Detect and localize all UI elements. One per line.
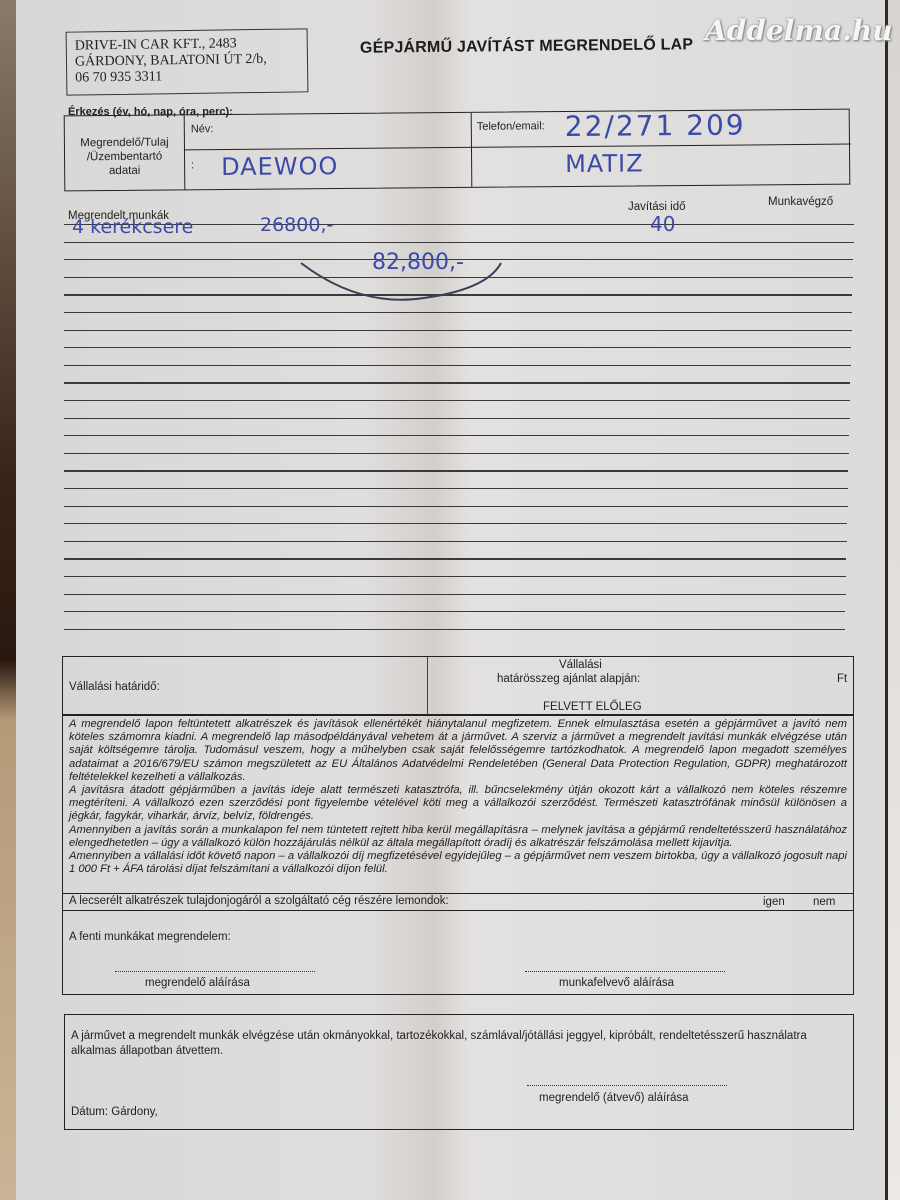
form-title: GÉPJÁRMŰ JAVÍTÁST MEGRENDELŐ LAP <box>360 36 693 57</box>
work-line-amount[interactable]: 26800,- <box>260 214 333 236</box>
ruled-line <box>64 382 850 383</box>
ruled-line <box>64 347 851 348</box>
terms-paragraph: Amennyiben a javítás során a munkalapon … <box>69 824 847 850</box>
terms-paragraph: A javításra átadott gépjárműben a javítá… <box>69 784 847 824</box>
ruled-line <box>64 312 852 313</box>
customer-info-table: Megrendelő/Tulaj /Üzembentartó adatai Né… <box>64 109 851 192</box>
ruled-line <box>64 418 850 419</box>
customer-signature-line[interactable] <box>115 971 315 972</box>
ruled-line <box>64 594 846 595</box>
order-label: A fenti munkákat megrendelem: <box>69 931 231 943</box>
ruled-line <box>64 365 851 366</box>
ruled-line <box>64 488 848 489</box>
ruled-line <box>64 523 847 524</box>
receipt-text: A járművet a megrendelt munkák elvégzése… <box>71 1029 847 1059</box>
phone-value[interactable]: 22/271 209 <box>565 108 746 143</box>
date-label: Dátum: Gárdony, <box>71 1105 158 1120</box>
ownership-no-option[interactable]: nem <box>813 896 835 908</box>
row-divider <box>185 144 851 151</box>
customer-signature-label: megrendelő aláírása <box>145 977 250 989</box>
company-address: GÁRDONY, BALATONI ÚT 2/b, <box>75 51 299 70</box>
order-confirmation-section: A fenti munkákat megrendelem: megrendelő… <box>62 911 854 995</box>
receipt-signature-label: megrendelő (átvevő) aláírása <box>539 1091 689 1106</box>
ruled-line <box>64 330 852 331</box>
ruled-line <box>64 453 849 454</box>
receiver-signature-label: munkafelvevő aláírása <box>559 977 674 989</box>
amount-label-2: határösszeg ajánlat alapján: <box>497 673 640 685</box>
amount-label-1: Vállalási <box>559 659 602 671</box>
company-info-box: DRIVE-IN CAR KFT., 2483 GÁRDONY, BALATON… <box>66 28 309 95</box>
terms-paragraph: Amennyiben a vállalási időt követő napon… <box>69 850 847 876</box>
company-phone: 06 70 935 3311 <box>75 67 299 86</box>
ruled-line <box>64 576 846 577</box>
ruled-line <box>64 506 848 507</box>
watermark-logo: Addelma.hu <box>705 14 893 47</box>
worker-label: Munkavégző <box>768 196 833 208</box>
work-line-description[interactable]: 4 kerékcsere <box>72 216 193 238</box>
make-prefix: : <box>191 159 194 171</box>
currency-label: Ft <box>837 673 847 685</box>
terms-and-conditions: A megrendelő lapon feltüntetett alkatrés… <box>62 714 854 894</box>
deadline-section: Vállalási határidő: Vállalási határössze… <box>62 656 854 716</box>
deposit-label: FELVETT ELŐLEG <box>543 701 642 713</box>
ruled-line <box>64 611 845 612</box>
column-divider <box>471 113 473 187</box>
phone-label: Telefon/email: <box>477 120 545 133</box>
ruled-line <box>64 558 846 559</box>
ruled-line <box>64 541 847 542</box>
vehicle-model-value[interactable]: MATIZ <box>565 149 644 178</box>
ruled-line <box>64 629 845 630</box>
name-label: Név: <box>191 123 214 135</box>
deadline-label: Vállalási határidő: <box>69 681 160 693</box>
work-line-time[interactable]: 40 <box>650 212 675 236</box>
underline-swoosh-icon <box>296 255 516 305</box>
ownership-label: A lecserélt alkatrészek tulajdonjogáról … <box>69 895 449 907</box>
parts-ownership-row: A lecserélt alkatrészek tulajdonjogáról … <box>62 893 854 911</box>
ruled-line <box>64 435 849 436</box>
customer-section-label: Megrendelő/Tulaj /Üzembentartó adatai <box>65 115 186 190</box>
vehicle-receipt-section: A járművet a megrendelt munkák elvégzése… <box>64 1014 854 1130</box>
receipt-signature-line[interactable] <box>527 1085 727 1086</box>
ruled-line <box>64 400 850 401</box>
ownership-yes-option[interactable]: igen <box>763 896 785 908</box>
vehicle-make-value[interactable]: DAEWOO <box>221 152 338 181</box>
ruled-line <box>64 470 848 471</box>
terms-paragraph: A megrendelő lapon feltüntetett alkatrés… <box>69 718 847 784</box>
ruled-line <box>64 242 854 243</box>
receiver-signature-line[interactable] <box>525 971 725 972</box>
